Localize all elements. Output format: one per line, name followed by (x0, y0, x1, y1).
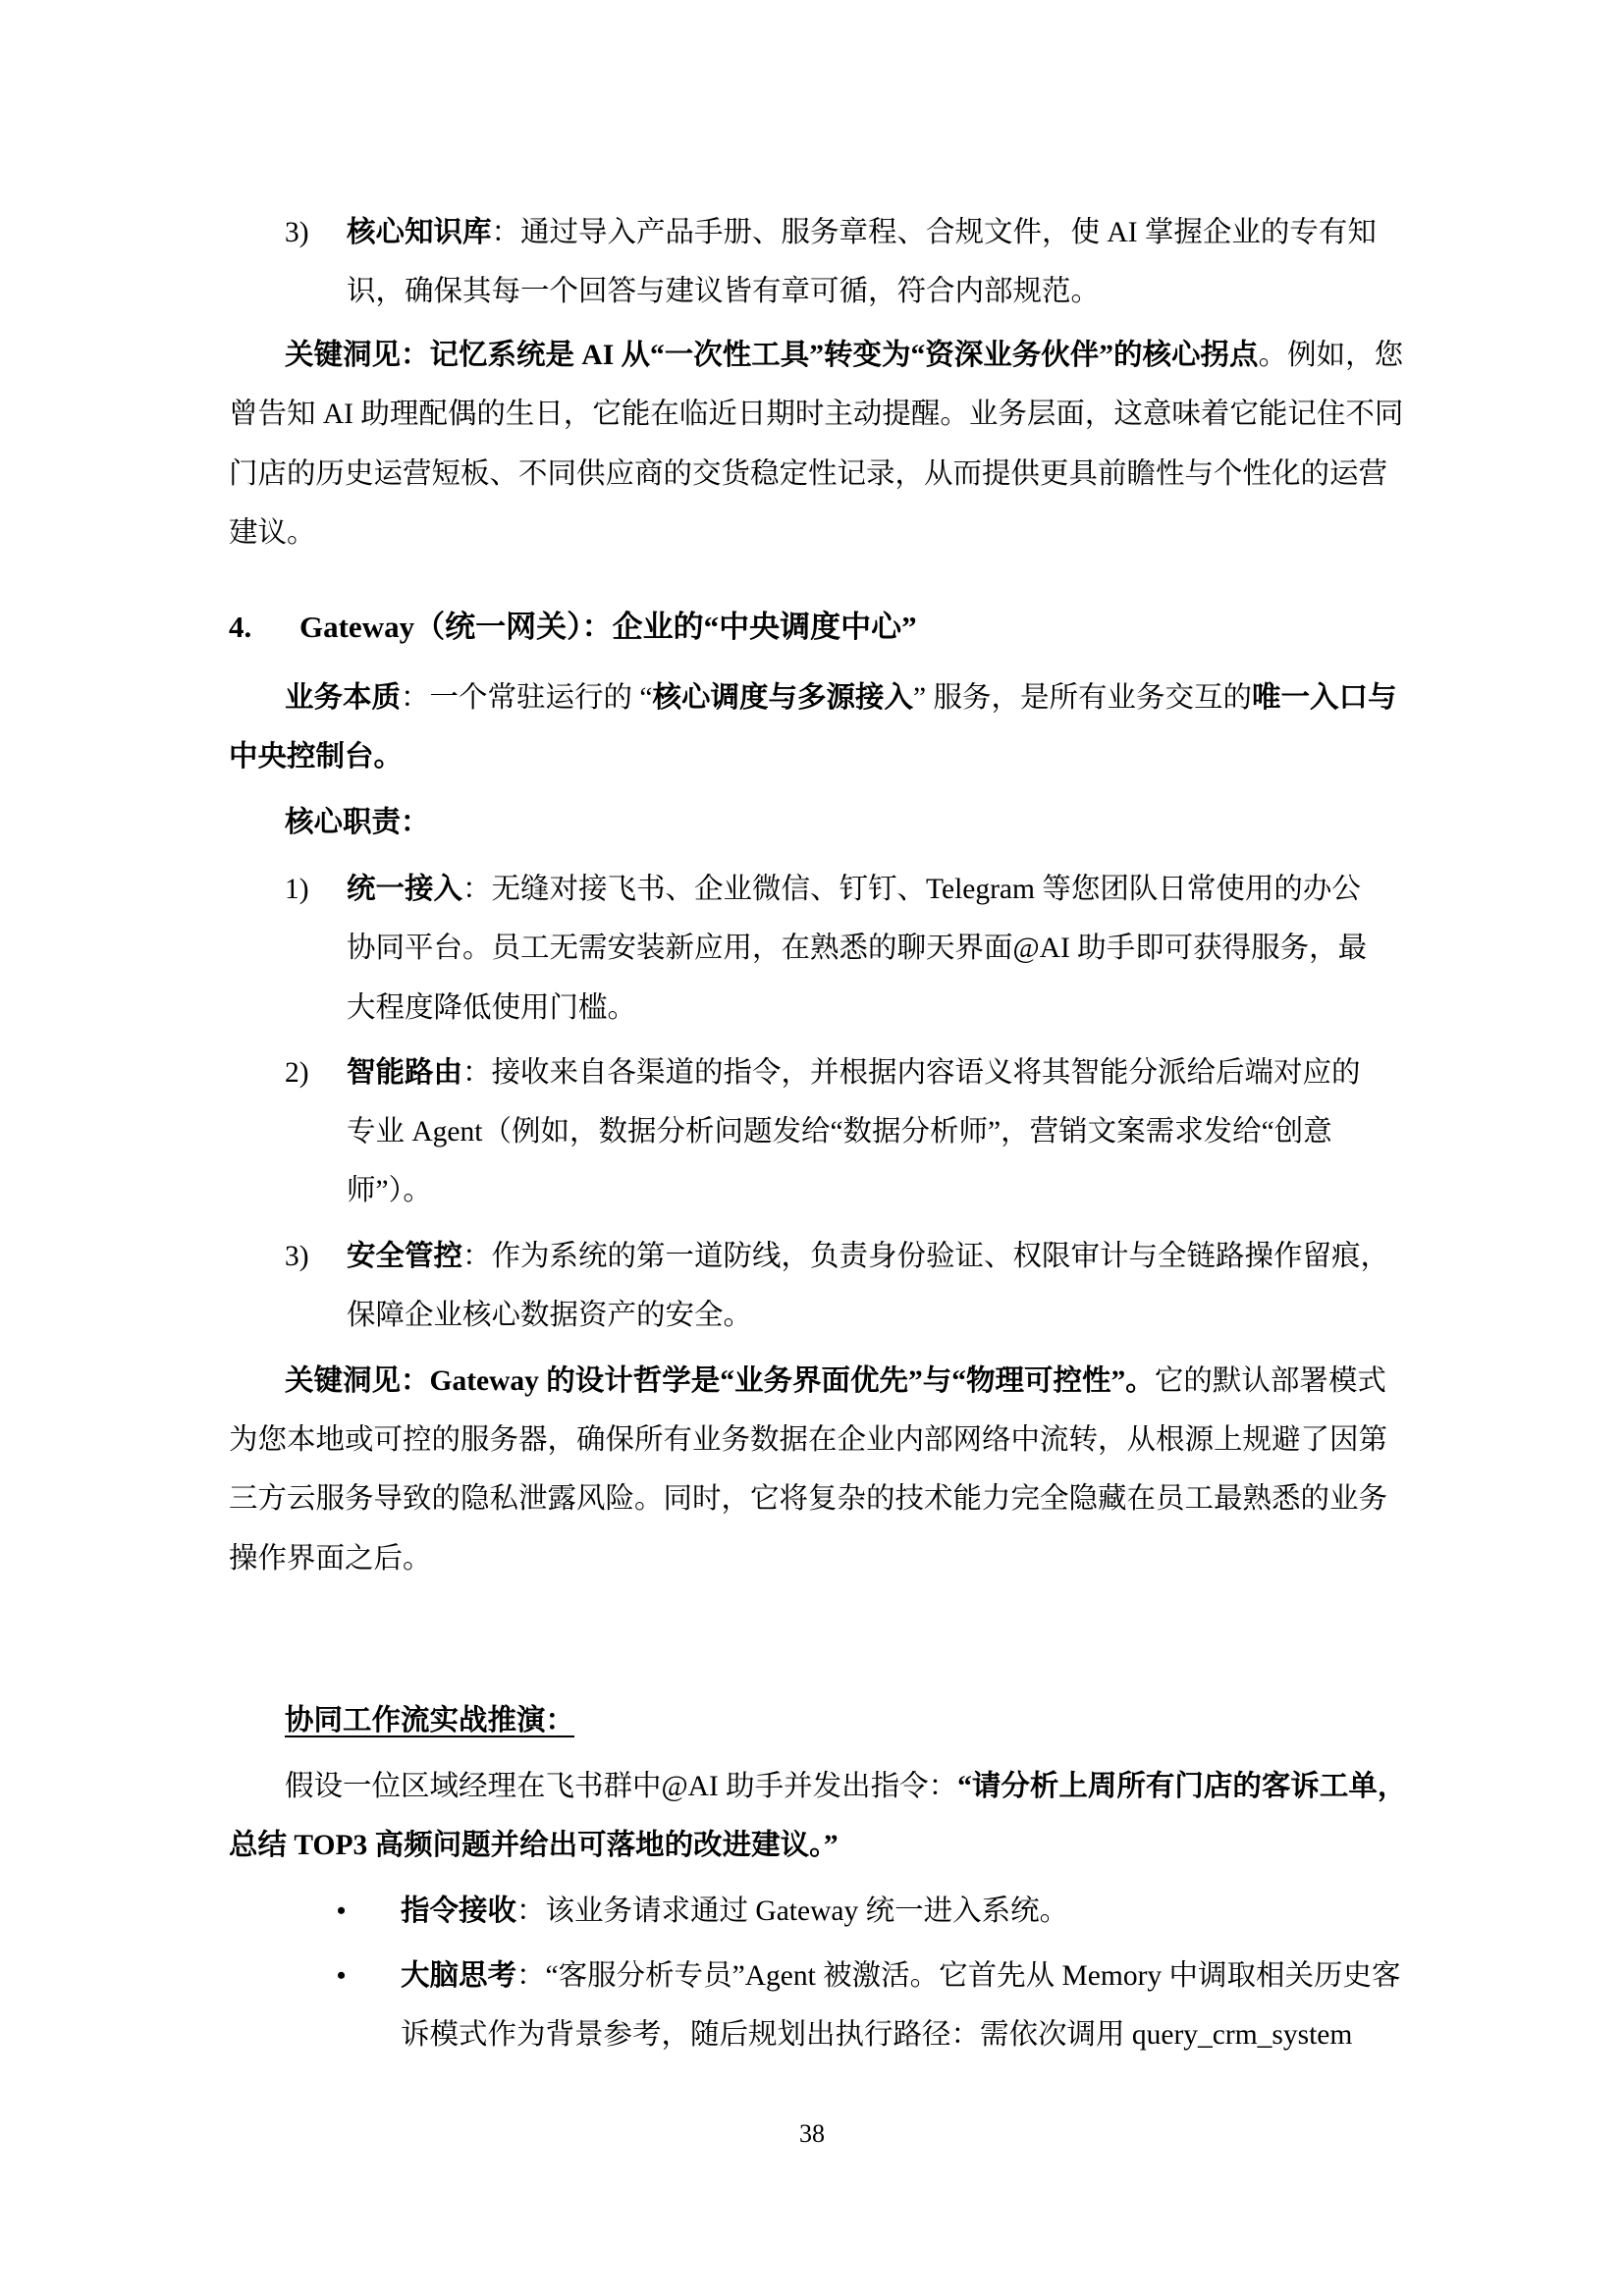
bullet-text: ：“客服分析专员”Agent 被激活。它首先从 Memory 中调取相关历史客 (516, 1960, 1401, 1992)
list-item-line: 识，确保其每一个回答与建议皆有章可循，符合内部规范。 (347, 272, 1100, 311)
bullet-item-line: 诉模式作为背景参考，随后规划出执行路径：需依次调用 query_crm_syst… (401, 2015, 1352, 2055)
list-marker: 1) (285, 870, 309, 909)
list-item-text: ：作为系统的第一道防线，负责身份验证、权限审计与全链路操作留痕， (462, 1241, 1389, 1272)
insight-paragraph-line: 三方云服务导致的隐私泄露风险。同时，它将复杂的技术能力完全隐藏在员工最熟悉的业务 (229, 1479, 1389, 1519)
section-number: 4. (229, 608, 251, 647)
list-item-line: 统一接入：无缝对接飞书、企业微信、钉钉、Telegram 等您团队日常使用的办公 (347, 870, 1361, 909)
business-essence-line: 中央控制台。 (229, 737, 403, 776)
insight-paragraph-line: 门店的历史运营短板、不同供应商的交货稳定性记录，从而提供更具前瞻性与个性化的运营 (229, 454, 1389, 494)
business-essence-label: 业务本质 (285, 682, 401, 714)
core-duties-subheading: 核心职责： (285, 803, 430, 842)
insight-paragraph-line: 关键洞见：记忆系统是 AI 从“一次性工具”转变为“资深业务伙伴”的核心拐点。例… (285, 336, 1389, 375)
list-marker: 3) (285, 213, 309, 252)
list-item-label: 核心知识库 (347, 217, 492, 248)
insight-bold-text: 记忆系统是 AI 从“一次性工具”转变为“资深业务伙伴”的核心拐点 (430, 340, 1259, 371)
insight-paragraph-line: 建议。 (229, 513, 316, 553)
list-item-line: 智能路由：接收来自各渠道的指令，并根据内容语义将其智能分派给后端对应的 (347, 1053, 1361, 1093)
bullet-label: 指令接收 (401, 1896, 516, 1927)
list-item-line: 安全管控：作为系统的第一道防线，负责身份验证、权限审计与全链路操作留痕， (347, 1237, 1389, 1276)
insight-paragraph-line: 为您本地或可控的服务器，确保所有业务数据在企业内部网络中流转，从根源上规避了因第 (229, 1420, 1389, 1460)
list-item-line: 大程度降低使用门槛。 (347, 988, 636, 1028)
text-span: ” 服务，是所有业务交互的 (913, 682, 1252, 714)
bullet-item-line: 指令接收：该业务请求通过 Gateway 统一进入系统。 (401, 1892, 1068, 1931)
list-item-label: 安全管控 (347, 1241, 462, 1272)
list-item-line: 协同平台。员工无需安装新应用，在熟悉的聊天界面@AI 助手即可获得服务，最 (347, 929, 1367, 968)
list-item-line: 核心知识库：通过导入产品手册、服务章程、合规文件，使 AI 掌握企业的专有知 (347, 213, 1389, 252)
scenario-instruction: “请分析上周所有门店的客诉工单， (957, 1771, 1406, 1802)
section-heading: Gateway（统一网关）：企业的“中央调度中心” (299, 608, 917, 647)
list-marker: 3) (285, 1237, 309, 1276)
insight-bold-text: Gateway 的设计哲学是“业务界面优先”与“物理可控性”。 (430, 1365, 1155, 1397)
text-span: ：一个常驻运行的 “ (401, 682, 652, 714)
insight-text: 。例如，您 (1259, 340, 1404, 371)
bullet-text: ：该业务请求通过 Gateway 统一进入系统。 (516, 1896, 1068, 1927)
list-item-line: 专业 Agent（例如，数据分析问题发给“数据分析师”，营销文案需求发给“创意 (347, 1112, 1332, 1151)
scenario-paragraph-line: 假设一位区域经理在飞书群中@AI 助手并发出指令：“请分析上周所有门店的客诉工单… (285, 1767, 1406, 1806)
list-item-label: 智能路由 (347, 1057, 462, 1089)
document-page: 3) 核心知识库：通过导入产品手册、服务章程、合规文件，使 AI 掌握企业的专有… (0, 0, 1624, 2296)
bold-span: 唯一入口与 (1252, 682, 1397, 714)
insight-label: 关键洞见： (285, 1365, 430, 1397)
bullet-label: 大脑思考 (401, 1960, 516, 1992)
list-item-text: ：通过导入产品手册、服务章程、合规文件，使 AI 掌握企业的专有知 (492, 217, 1377, 248)
list-item-line: 保障企业核心数据资产的安全。 (347, 1296, 752, 1335)
insight-paragraph-line: 操作界面之后。 (229, 1539, 432, 1578)
list-item-text: ：接收来自各渠道的指令，并根据内容语义将其智能分派给后端对应的 (462, 1057, 1361, 1089)
bullet-icon: • (337, 1956, 346, 1996)
bullet-icon: • (337, 1892, 346, 1931)
insight-label: 关键洞见： (285, 340, 430, 371)
list-item-text: ：无缝对接飞书、企业微信、钉钉、Telegram 等您团队日常使用的办公 (462, 874, 1361, 905)
scenario-intro: 假设一位区域经理在飞书群中@AI 助手并发出指令： (285, 1771, 957, 1802)
list-item-label: 统一接入 (347, 874, 462, 905)
list-marker: 2) (285, 1053, 309, 1093)
workflow-demo-heading: 协同工作流实战推演： (285, 1701, 574, 1740)
bullet-item-line: 大脑思考：“客服分析专员”Agent 被激活。它首先从 Memory 中调取相关… (401, 1956, 1401, 1996)
bold-span: 核心调度与多源接入 (652, 682, 913, 714)
business-essence-line: 业务本质：一个常驻运行的 “核心调度与多源接入” 服务，是所有业务交互的唯一入口… (285, 678, 1396, 718)
insight-text: 它的默认部署模式 (1155, 1365, 1386, 1397)
insight-paragraph-line: 曾告知 AI 助理配偶的生日，它能在临近日期时主动提醒。业务层面，这意味着它能记… (229, 395, 1389, 434)
insight-paragraph-line: 关键洞见：Gateway 的设计哲学是“业务界面优先”与“物理可控性”。它的默认… (285, 1362, 1386, 1401)
page-number: 38 (0, 2114, 1624, 2154)
list-item-line: 师”）。 (347, 1171, 432, 1210)
scenario-paragraph-line: 总结 TOP3 高频问题并给出可落地的改进建议。” (229, 1826, 839, 1865)
